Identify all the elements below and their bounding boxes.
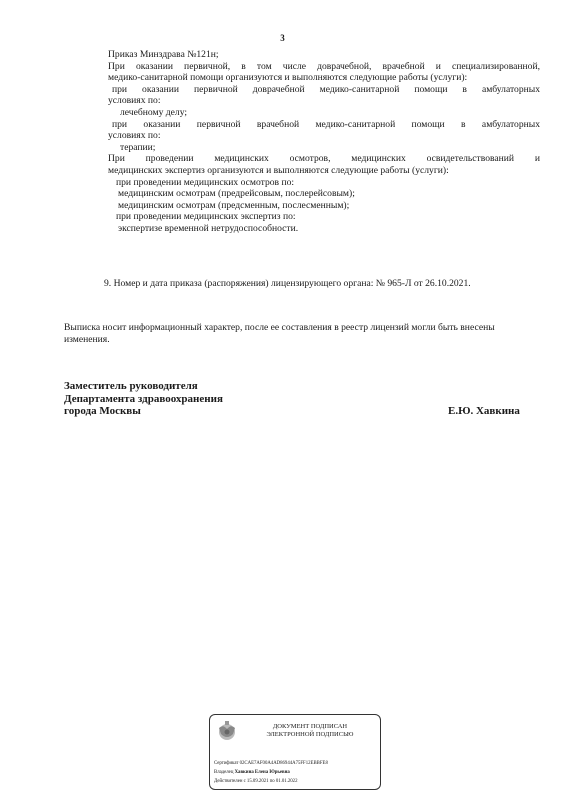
coat-of-arms-icon xyxy=(216,720,238,742)
content-line: медико-санитарной помощи организуются и … xyxy=(108,72,540,84)
content-line: медицинским осмотрам (предсменным, после… xyxy=(108,200,540,212)
position-line: Заместитель руководителя xyxy=(64,380,223,393)
owner-line: Владелец Хавкина Елена Юрьевна xyxy=(214,768,328,777)
content-line: При проведении медицинских осмотров, мед… xyxy=(108,153,540,165)
license-works-section: Приказ Минздрава №121н;При оказании перв… xyxy=(108,49,540,235)
signatory-name: Е.Ю. Хавкина xyxy=(448,405,520,417)
page-number: 3 xyxy=(0,33,565,43)
order-number-item: 9. Номер и дата приказа (распоряжения) л… xyxy=(104,278,471,289)
content-line: при проведении медицинских осмотров по: xyxy=(108,177,540,189)
content-line: лечебному делу; xyxy=(108,107,540,119)
content-line: при проведении медицинских экспертиз по: xyxy=(108,211,540,223)
stamp-title-line: ДОКУМЕНТ ПОДПИСАН xyxy=(250,723,370,731)
content-line: Приказ Минздрава №121н; xyxy=(108,49,540,61)
content-line: При оказании первичной, в том числе довр… xyxy=(108,61,540,73)
certificate-value: 02CAE7AF00A4AD86944A75FF12EBBFE8 xyxy=(240,761,328,766)
owner-value: Хавкина Елена Юрьевна xyxy=(235,770,290,775)
position-line: города Москвы xyxy=(64,405,223,418)
stamp-title: ДОКУМЕНТ ПОДПИСАН ЭЛЕКТРОННОЙ ПОДПИСЬЮ xyxy=(250,723,370,739)
content-line: экспертизе временной нетрудоспособности. xyxy=(108,223,540,235)
content-line: при оказании первичной доврачебной медик… xyxy=(108,84,540,96)
position-line: Департамента здравоохранения xyxy=(64,393,223,406)
content-line: условиях по: xyxy=(108,95,540,107)
signatory-position: Заместитель руководителя Департамента зд… xyxy=(64,380,223,418)
disclaimer-note: Выписка носит информационный характер, п… xyxy=(64,322,540,346)
stamp-details: Сертификат 02CAE7AF00A4AD86944A75FF12EBB… xyxy=(214,759,328,786)
certificate-line: Сертификат 02CAE7AF00A4AD86944A75FF12EBB… xyxy=(214,759,328,768)
validity-line: Действителен с 15.09.2021 по 01.01.2022 xyxy=(214,777,328,786)
stamp-title-line: ЭЛЕКТРОННОЙ ПОДПИСЬЮ xyxy=(250,731,370,739)
content-line: медицинских экспертиз организуются и вып… xyxy=(108,165,540,177)
electronic-signature-stamp: ДОКУМЕНТ ПОДПИСАН ЭЛЕКТРОННОЙ ПОДПИСЬЮ С… xyxy=(209,714,381,790)
owner-label: Владелец xyxy=(214,770,233,775)
content-line: при оказании первичной врачебной медико-… xyxy=(108,119,540,131)
content-line: терапии; xyxy=(108,142,540,154)
content-line: условиях по: xyxy=(108,130,540,142)
certificate-label: Сертификат xyxy=(214,761,238,766)
content-line: медицинским осмотрам (предрейсовым, посл… xyxy=(108,188,540,200)
